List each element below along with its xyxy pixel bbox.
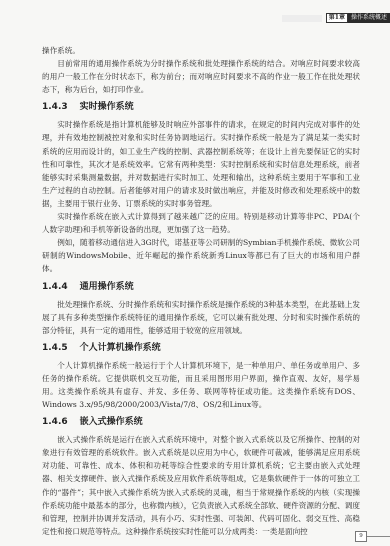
paragraph: 嵌入式操作系统是运行在嵌入式系统环境中，对整个嵌入式系统以及它所操作、控制的对象… bbox=[42, 433, 360, 538]
section-title: 实时操作系统 bbox=[80, 102, 134, 112]
section-number: 1.4.6 bbox=[42, 417, 68, 427]
header-decoration bbox=[282, 15, 322, 22]
section-title: 通用操作系统 bbox=[80, 282, 134, 292]
paragraph: 例如，随着移动通信进入3G时代，诺基亚等公司研制的Symbian手机操作系统、微… bbox=[42, 236, 360, 275]
paragraph: 个人计算机操作系统一般运行于个人计算机环境下，是一种单用户、单任务或单用户、多任… bbox=[42, 359, 360, 411]
chapter-label: 第1章 bbox=[326, 13, 348, 23]
section-heading-1-4-6: 1.4.6嵌入式操作系统 bbox=[42, 416, 360, 429]
section-title: 个人计算机操作系统 bbox=[80, 343, 161, 353]
footer-rule bbox=[367, 536, 390, 537]
paragraph: 批处理操作系统、分时操作系统和实时操作系统是操作系统的3种基本类型，在此基础上发… bbox=[42, 298, 360, 337]
section-number: 1.4.5 bbox=[42, 343, 68, 353]
page-body: 操作系统。 目前常用的通用操作系统为分时操作系统和批处理操作系统的结合。对响应时… bbox=[42, 44, 360, 538]
section-heading-1-4-5: 1.4.5个人计算机操作系统 bbox=[42, 342, 360, 355]
paragraph: 操作系统。 bbox=[42, 44, 360, 57]
running-header: 第1章 操作系统概述 bbox=[282, 12, 390, 24]
section-number: 1.4.4 bbox=[42, 282, 68, 292]
paragraph: 实时操作系统在嵌入式计算得到了越来越广泛的应用。特别是移动计算等非PC、PDA(… bbox=[42, 210, 360, 236]
paragraph: 目前常用的通用操作系统为分时操作系统和批处理操作系统的结合。对响应时间要求较高的… bbox=[42, 57, 360, 96]
page-number: 9 bbox=[355, 531, 367, 542]
section-title: 嵌入式操作系统 bbox=[80, 417, 143, 427]
section-number: 1.4.3 bbox=[42, 102, 68, 112]
section-heading-1-4-4: 1.4.4通用操作系统 bbox=[42, 281, 360, 294]
paragraph: 实时操作系统是指计算机能够及时响应外部事件的请求，在规定的时间内完成对事件的处理… bbox=[42, 118, 360, 210]
section-heading-1-4-3: 1.4.3实时操作系统 bbox=[42, 101, 360, 114]
chapter-title: 操作系统概述 bbox=[348, 13, 390, 23]
page-number-footer: 9 bbox=[355, 531, 390, 542]
